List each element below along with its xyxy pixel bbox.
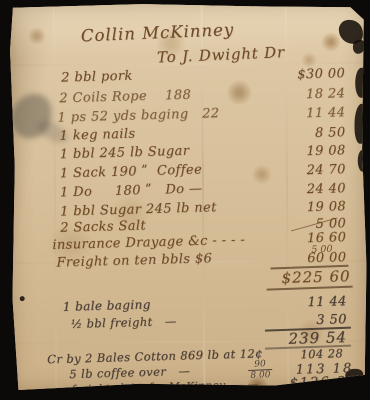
account-holder-name: Collin McKinney (81, 22, 235, 45)
ledger-line-amount: $30 00 (267, 67, 345, 82)
ledger-line-amount: 3 50 (269, 313, 347, 328)
ledger-line-amount: 11 44 (267, 106, 345, 121)
ledger-line-amount: 60 00 (268, 251, 346, 266)
ledger-line-amount: 11 44 (269, 295, 347, 310)
ledger-line-text: ½ bbl freight — (71, 316, 177, 330)
ledger-line-amount: 24 70 (268, 163, 346, 178)
ledger-line-text: insurance Drayage &c - - - - (52, 234, 245, 252)
total-amount: $225 60 (272, 269, 350, 286)
ink-blot (354, 104, 368, 144)
ink-blot (353, 40, 365, 54)
ledger-line-amount: 16 60 (268, 231, 346, 246)
ledger-line-text: 1 bale baging (63, 298, 151, 312)
credit-line-text: Cr by 2 Bales Cotton 869 lb at 12¢ (47, 348, 263, 366)
sum-rule (267, 286, 353, 291)
ledger-line-text: Freight on ten bbls $6 (56, 252, 212, 269)
receipt-paper: Collin McKinney To J. Dwight Dr 2 bbl po… (9, 2, 368, 391)
vertical-crease (53, 4, 58, 391)
account-to-line: To J. Dwight Dr (157, 45, 285, 65)
ledger-line-text: 1 bbl Sugar 245 lb net (60, 201, 217, 218)
ink-blot (355, 68, 367, 98)
ledger-line-amount: 18 24 (267, 87, 345, 102)
ledger-line-text: 1 bbl 245 lb Sugar (60, 145, 190, 162)
ledger-line-amount: 24 40 (268, 182, 346, 197)
credit-line-text: 5 lb coffee over — (69, 366, 190, 381)
ink-blot (358, 150, 368, 172)
ledger-line-amount: 8 50 (267, 126, 345, 141)
ledger-line-text: 2 Coils Rope 188 (59, 89, 191, 106)
sum-rule (285, 390, 357, 394)
ledger-line-amount: 19 08 (268, 200, 346, 215)
ledger-line-text: 1 Do 180 ʺ Do — (60, 182, 203, 199)
balance-amount: $126 36 (279, 375, 357, 390)
credit-line-text: freight claim for McKinney — — (71, 380, 258, 396)
ledger-line-text: 2 bbl pork (61, 70, 133, 85)
ledger-line-text: 1 Sack 190 ʺ Coffee (60, 163, 203, 180)
ledger-line-text: 2 Sacks Salt (60, 219, 146, 234)
credit-line-amount: 104 28 (265, 348, 343, 362)
ink-blot (20, 296, 25, 301)
ledger-line-amount: 19 08 (268, 144, 346, 159)
ledger-line-text: 1 keg nails (59, 128, 135, 143)
ledger-line-text: 1 ps 52 yds baging 22 (57, 107, 219, 125)
